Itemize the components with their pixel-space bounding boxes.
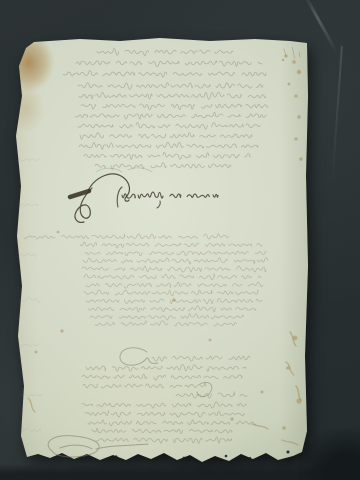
foxing-spot bbox=[282, 59, 284, 61]
edge-speck bbox=[183, 457, 186, 460]
rubric-flourishes bbox=[48, 47, 300, 457]
worm-track bbox=[252, 424, 268, 429]
final-paragraph bbox=[82, 402, 256, 444]
foxing-spot bbox=[57, 231, 60, 234]
foxing-spot bbox=[35, 351, 38, 354]
foxing-spot bbox=[288, 83, 291, 86]
foxing-spot bbox=[299, 157, 303, 161]
foxing-spot bbox=[294, 94, 297, 97]
edge-speck bbox=[225, 455, 228, 458]
foxing-spot bbox=[172, 298, 175, 301]
worm-track bbox=[28, 398, 35, 412]
foxing-spot bbox=[292, 60, 296, 64]
ink-annotation bbox=[122, 192, 218, 198]
annotation-script bbox=[122, 192, 218, 198]
signature-oval bbox=[48, 436, 148, 457]
edge-specks bbox=[85, 451, 290, 462]
foxing-spot bbox=[60, 329, 63, 332]
photo-frame bbox=[0, 0, 360, 480]
bleedthrough-marks bbox=[17, 159, 42, 432]
edge-speck bbox=[85, 459, 87, 461]
foxing-spot bbox=[261, 391, 264, 394]
capital-initial bbox=[120, 348, 158, 366]
edge-speck bbox=[139, 459, 141, 461]
foxing-spot bbox=[294, 137, 297, 140]
foxing-spot bbox=[230, 417, 233, 420]
foxing-spot bbox=[297, 115, 301, 119]
foxing-spot bbox=[297, 70, 301, 74]
annotation-comma bbox=[157, 201, 160, 208]
foxing-spot bbox=[284, 54, 287, 57]
edge-speck bbox=[287, 451, 290, 454]
annotation-p-stem bbox=[117, 187, 122, 207]
handwriting-layer bbox=[0, 0, 360, 480]
foxing-spot bbox=[282, 426, 286, 430]
pencil-scribble bbox=[96, 168, 152, 172]
foxing-spots bbox=[28, 54, 303, 445]
closing-paragraph bbox=[82, 356, 250, 398]
worm-track bbox=[282, 440, 298, 445]
edge-speck bbox=[249, 457, 251, 459]
opening-paragraph bbox=[63, 48, 268, 169]
middle-paragraph bbox=[24, 234, 268, 326]
foxing-spot bbox=[209, 339, 212, 342]
worm-track bbox=[296, 386, 301, 400]
edge-speck bbox=[114, 455, 117, 458]
faded-handwriting-blocks bbox=[17, 48, 268, 443]
